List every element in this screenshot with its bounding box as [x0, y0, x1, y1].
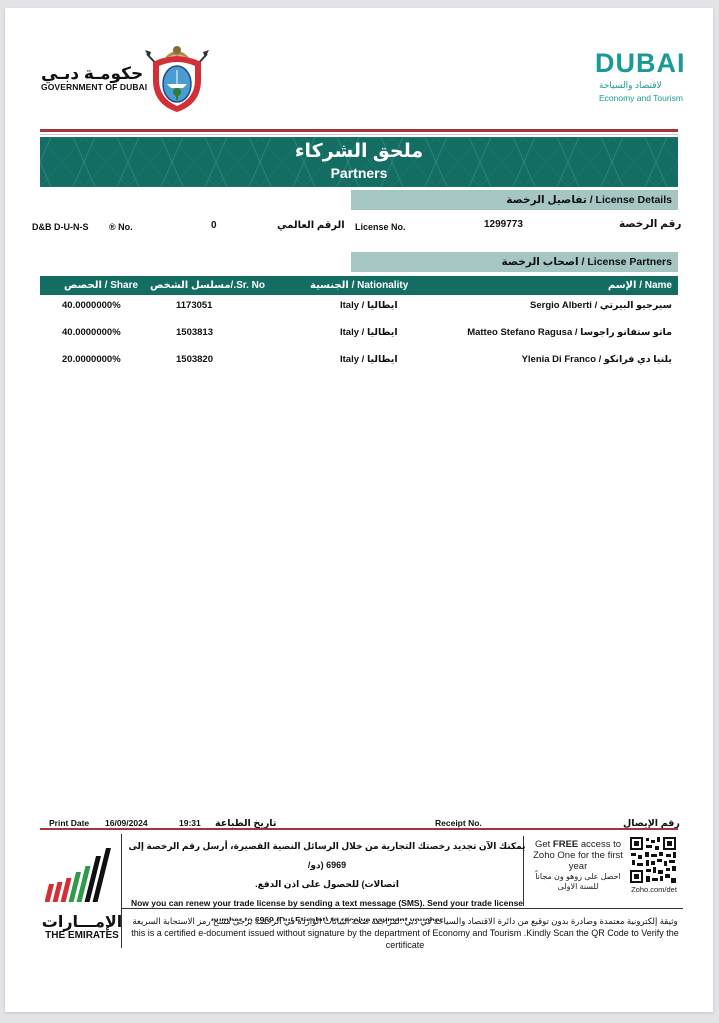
footer-vertical-divider [121, 834, 122, 948]
sr-no-cell: 1503813 [176, 327, 213, 338]
duns-value: 0 [211, 220, 217, 231]
column-nationality: الجنسية / Nationality [310, 280, 408, 291]
column-name: الإسم / Name [608, 280, 672, 291]
license-no-label: License No. [355, 222, 406, 232]
document-page: حكومـة دبـي GOVERNMENT OF DUBAI DUBAI لا… [5, 8, 713, 1012]
share-cell: 40.0000000% [62, 300, 121, 311]
dubai-emblem-icon [143, 40, 211, 114]
government-of-dubai-english: GOVERNMENT OF DUBAI [41, 82, 147, 92]
qr-code-icon[interactable] [629, 836, 677, 884]
emirates-logo-arabic: الإمـــارات [41, 912, 123, 932]
print-date-label: Print Date [49, 818, 89, 828]
header-divider-thin [40, 134, 678, 135]
license-details-heading: تفاصيل الرخصة / License Details [351, 190, 678, 210]
print-date-value: 16/09/2024 [105, 818, 148, 828]
certificate-notice: وثيقة إلكترونية معتمدة وصادرة بدون توقيع… [127, 915, 683, 951]
duns-label: D&B D-U-N-S [32, 222, 89, 232]
footer-horizontal-divider [122, 908, 683, 909]
license-partners-heading: اصحاب الرخصة / License Partners [351, 252, 678, 272]
duns-no-label: ® No. [109, 222, 133, 232]
print-time-value: 19:31 [179, 818, 201, 828]
license-no-label-arabic: رقم الرخصة [619, 218, 681, 230]
nationality-cell: Italy / ايطاليا [340, 300, 398, 311]
partners-banner: ملحق الشركاء Partners [40, 137, 678, 187]
share-cell: 20.0000000% [62, 354, 121, 365]
zoho-url: Zoho.com/det [627, 885, 681, 894]
banner-title-arabic: ملحق الشركاء [40, 140, 678, 163]
nationality-cell: Italy / ايطاليا [340, 327, 398, 338]
table-row: 40.0000000% 1503813 Italy / ايطاليا Matt… [40, 327, 678, 347]
government-of-dubai-arabic: حكومـة دبـي [41, 64, 143, 84]
zoho-promo: Get FREE access to Zoho One for the firs… [529, 839, 627, 892]
sr-no-cell: 1173051 [176, 300, 212, 311]
header-divider [40, 129, 678, 132]
banner-title-english: Partners [40, 165, 678, 181]
share-cell: 40.0000000% [62, 327, 121, 338]
table-row: 20.0000000% 1503820 Italy / ايطاليا Ylen… [40, 354, 678, 374]
dubai-logo-wordmark: DUBAI [595, 48, 686, 79]
footer-divider [40, 828, 678, 830]
name-cell: Ylenia Di Franco / يلنيا دي فرانكو [522, 354, 672, 365]
global-no-label-arabic: الرقم العالمي [277, 220, 345, 231]
table-row: 40.0000000% 1173051 Italy / ايطاليا Serg… [40, 300, 678, 320]
name-cell: Sergio Alberti / سيرجيو البيرتي [530, 300, 672, 311]
name-cell: Matteo Stefano Ragusa / ماتو ستفانو راجو… [467, 327, 672, 338]
the-emirates-logo-icon [45, 844, 115, 908]
dubai-logo-english: Economy and Tourism [599, 93, 683, 103]
partners-table-header: الحصص / Share مسلسل الشخص/.Sr. No الجنسي… [40, 276, 678, 295]
receipt-no-label: Receipt No. [435, 818, 482, 828]
license-no-value: 1299773 [484, 219, 523, 230]
dubai-logo-arabic: لاقتصاد والسياحة [599, 80, 662, 91]
column-sr-no: مسلسل الشخص/.Sr. No [150, 280, 265, 291]
nationality-cell: Italy / ايطاليا [340, 354, 398, 365]
emirates-logo-english: THE EMIRATES [41, 930, 123, 941]
column-share: الحصص / Share [64, 280, 138, 291]
sr-no-cell: 1503820 [176, 354, 213, 365]
